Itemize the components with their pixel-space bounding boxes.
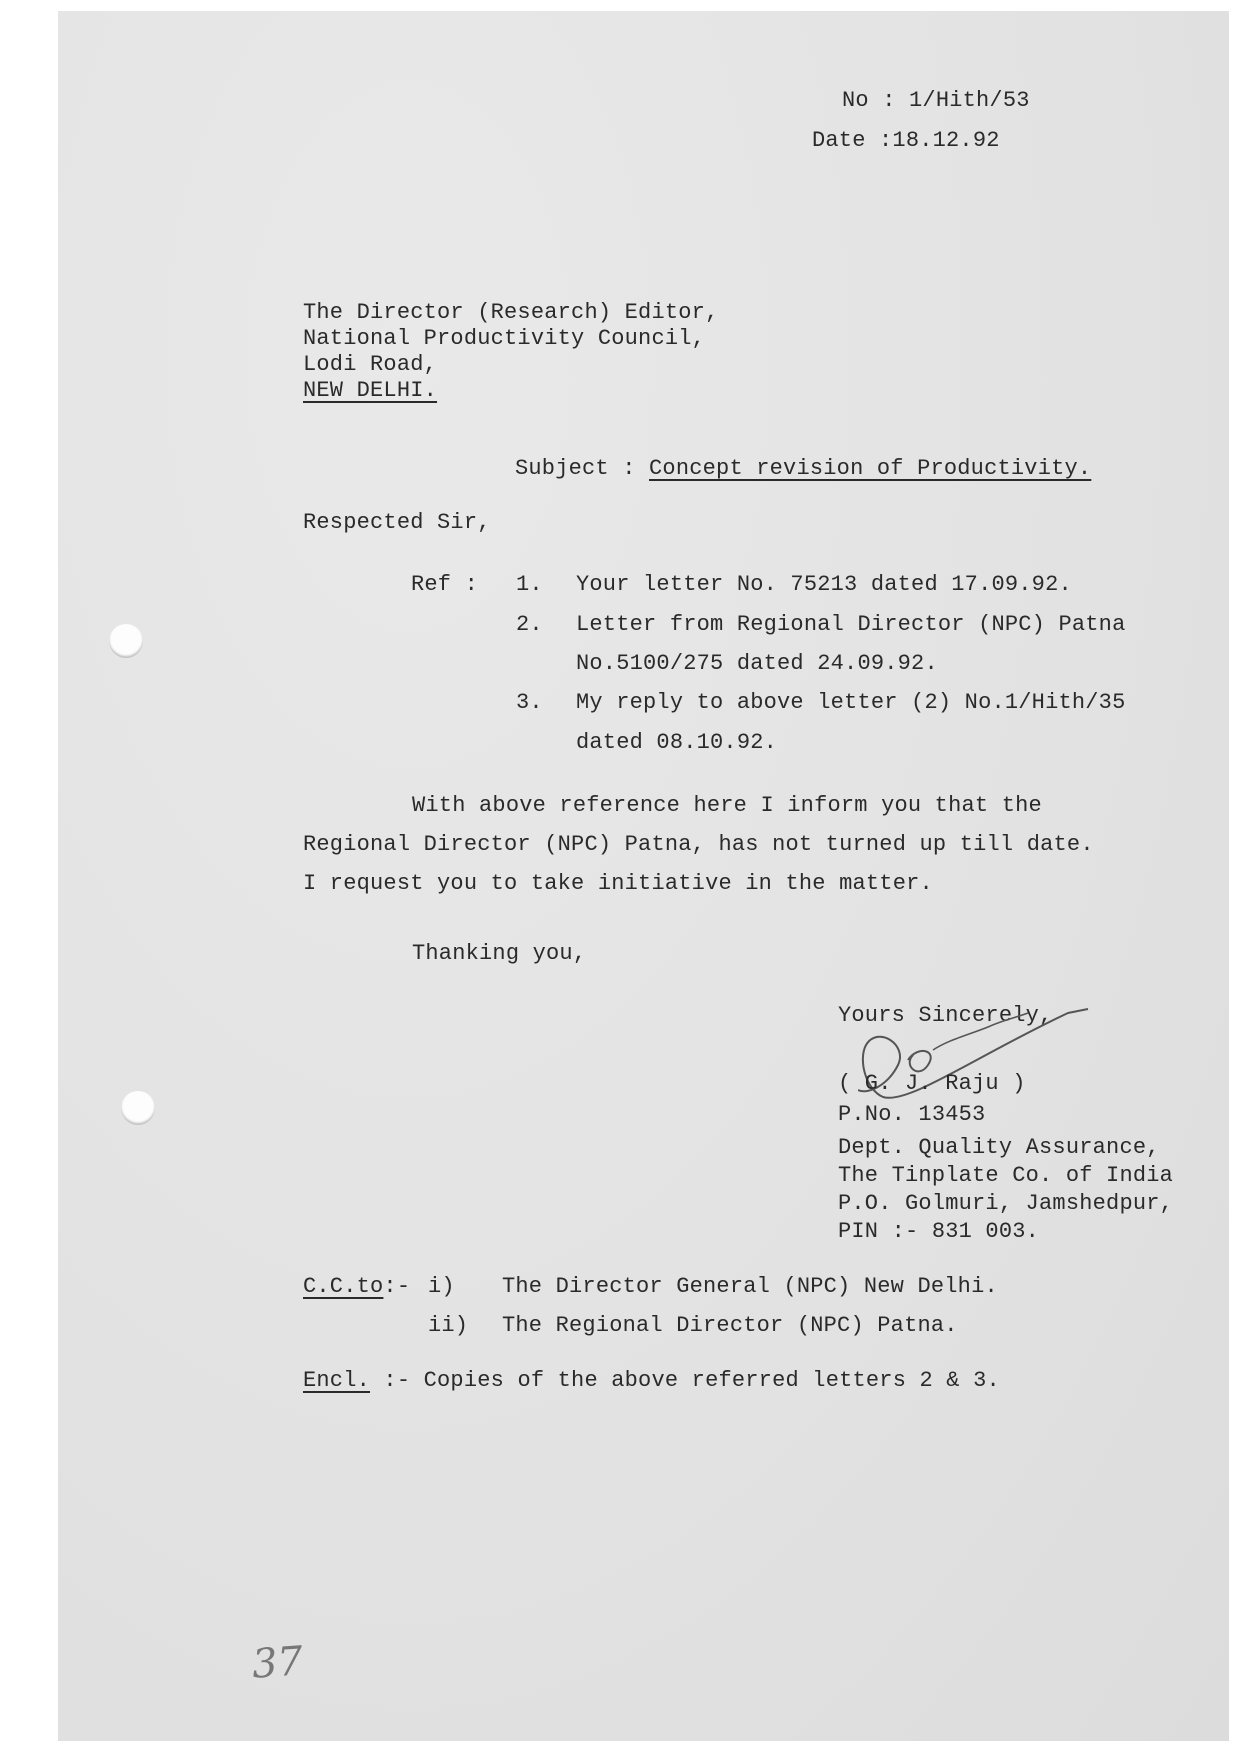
cc-number: i) — [428, 1274, 455, 1300]
ref-text: Your letter No. 75213 dated 17.09.92. — [576, 572, 1072, 598]
encl-text: :- Copies of the above referred letters … — [370, 1368, 1000, 1393]
ref-number: 2. — [516, 612, 543, 638]
ref-text: Letter from Regional Director (NPC) Patn… — [576, 612, 1126, 638]
signatory-company: The Tinplate Co. of India — [838, 1163, 1173, 1189]
cc-recipient: The Regional Director (NPC) Patna. — [502, 1313, 958, 1339]
enclosure-line: Encl. :- Copies of the above referred le… — [303, 1368, 1000, 1394]
signatory-pin: PIN :- 831 003. — [838, 1219, 1039, 1245]
cc-line: C.C.to:- — [303, 1274, 424, 1300]
punch-hole — [109, 624, 143, 658]
cc-label: C.C.to — [303, 1274, 383, 1299]
letter-date: Date :18.12.92 — [812, 128, 1000, 154]
ref-text: No.5100/275 dated 24.09.92. — [576, 651, 938, 677]
punch-hole — [121, 1091, 155, 1125]
body-line: I request you to take initiative in the … — [303, 871, 933, 897]
encl-label: Encl. — [303, 1368, 370, 1393]
cc-recipient: The Director General (NPC) New Delhi. — [502, 1274, 998, 1300]
signatory-name: ( G. J. Raju ) — [838, 1071, 1026, 1097]
signatory-pno: P.No. 13453 — [838, 1102, 985, 1128]
ref-number: 1. — [516, 572, 543, 598]
closing-thanks: Thanking you, — [412, 941, 586, 967]
body-line: With above reference here I inform you t… — [412, 793, 1042, 819]
salutation: Respected Sir, — [303, 510, 491, 536]
subject-text: Concept revision of Productivity. — [649, 456, 1091, 481]
addressee-line: Lodi Road, — [303, 352, 437, 378]
addressee-line: National Productivity Council, — [303, 326, 705, 352]
cc-suffix: :- — [383, 1274, 423, 1299]
subject-label: Subject : — [515, 456, 649, 481]
ref-number: 3. — [516, 690, 543, 716]
cc-number: ii) — [428, 1313, 468, 1339]
signatory-address: P.O. Golmuri, Jamshedpur, — [838, 1191, 1173, 1217]
body-line: Regional Director (NPC) Patna, has not t… — [303, 832, 1094, 858]
handwritten-signature — [858, 1005, 1098, 1115]
ref-label: Ref : — [411, 572, 478, 598]
ref-text: My reply to above letter (2) No.1/Hith/3… — [576, 690, 1126, 716]
addressee-city: NEW DELHI. — [303, 378, 437, 404]
signatory-dept: Dept. Quality Assurance, — [838, 1135, 1160, 1161]
reference-number: No : 1/Hith/53 — [842, 88, 1030, 114]
ref-text: dated 08.10.92. — [576, 730, 777, 756]
handwritten-page-number: 37 — [250, 1638, 304, 1687]
addressee-line: The Director (Research) Editor, — [303, 300, 718, 326]
subject-line: Subject : Concept revision of Productivi… — [515, 456, 1091, 482]
